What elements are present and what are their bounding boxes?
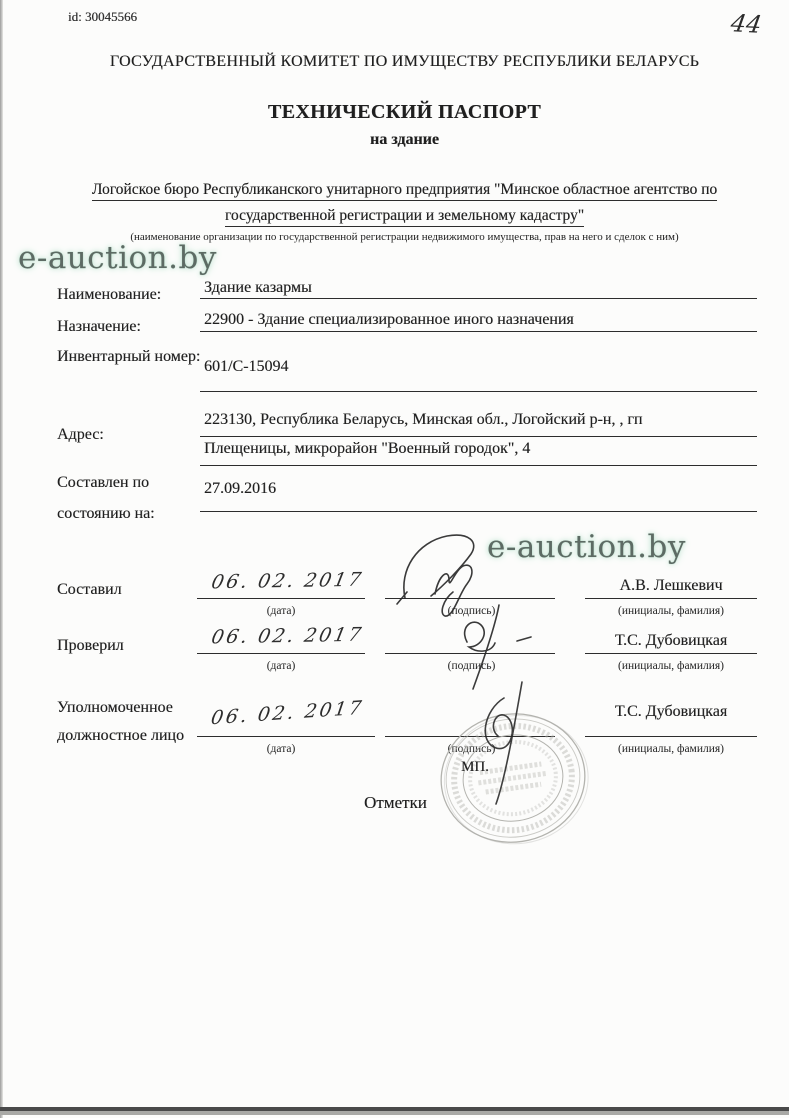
- organization-line-2: государственной регистрации и земельному…: [30, 207, 779, 225]
- date-caption: (дата): [197, 605, 365, 617]
- document-subtitle: на здание: [30, 131, 779, 149]
- handwritten-date-compiler: 06. 02. 2017: [210, 569, 366, 594]
- signature-name-compiler: А.В. Лешкевич: [585, 577, 757, 595]
- watermark-e-auction-top: e-auction.by: [18, 240, 217, 276]
- date-underline: [197, 653, 365, 654]
- name-underline: [585, 598, 757, 599]
- field-value-purpose: 22900 - Здание специализированное иного …: [200, 309, 757, 332]
- name-underline: [585, 653, 757, 654]
- scan-edge-left: [0, 0, 3, 1118]
- marks-title: Отметки: [364, 793, 427, 813]
- field-value-address-line-2: Плещеницы, микрорайон "Военный городок",…: [200, 438, 757, 466]
- field-label-name: Наименование:: [57, 279, 202, 310]
- date-underline: [197, 598, 365, 599]
- field-label-state-date: Составлен по состоянию на:: [57, 467, 202, 529]
- name-caption: (инициалы, фамилия): [585, 660, 757, 672]
- signature-squiggle-official-icon: [462, 676, 567, 811]
- field-value-state-date: 27.09.2016: [200, 478, 757, 512]
- field-value-name: Здание казармы: [200, 277, 757, 299]
- field-label-inventory: Инвентарный номер:: [57, 341, 202, 372]
- date-underline: [197, 736, 375, 737]
- document-title: ТЕХНИЧЕСКИЙ ПАСПОРТ: [30, 101, 779, 124]
- signature-role-official: Уполномоченное должностное лицо: [57, 694, 207, 750]
- date-caption: (дата): [197, 660, 365, 672]
- page-number-handwritten: 44: [729, 9, 764, 38]
- organization-line-1: Логойское бюро Республиканского унитарно…: [30, 181, 779, 199]
- scan-edge-bottom: [0, 1107, 789, 1111]
- organization-line-1-text: Логойское бюро Республиканского унитарно…: [92, 181, 717, 201]
- name-caption: (инициалы, фамилия): [585, 743, 757, 755]
- field-value-inventory: 601/С-15094: [200, 356, 757, 392]
- stamp-caption: МП.: [461, 759, 489, 776]
- date-caption: (дата): [197, 743, 365, 755]
- committee-name: ГОСУДАРСТВЕННЫЙ КОМИТЕТ ПО ИМУЩЕСТВУ РЕС…: [30, 53, 779, 71]
- name-underline: [585, 736, 757, 737]
- handwritten-date-checker: 06. 02. 2017: [210, 624, 366, 649]
- scanned-document-page: id: 30045566 44 ГОСУДАРСТВЕННЫЙ КОМИТЕТ …: [0, 0, 789, 1118]
- signature-role-compiler: Составил: [57, 576, 207, 604]
- name-caption: (инициалы, фамилия): [585, 605, 757, 617]
- scan-id: id: 30045566: [68, 9, 137, 25]
- signature-name-official: Т.С. Дубовицкая: [585, 703, 757, 721]
- organization-line-2-text: государственной регистрации и земельному…: [225, 207, 584, 227]
- signature-role-checker: Проверил: [57, 632, 207, 660]
- field-value-address-line-1: 223130, Республика Беларусь, Минская обл…: [200, 409, 757, 437]
- field-label-purpose: Назначение:: [57, 311, 202, 342]
- signature-name-checker: Т.С. Дубовицкая: [585, 632, 757, 650]
- field-label-address: Адрес:: [57, 419, 202, 450]
- handwritten-date-official: 06. 02. 2017: [210, 697, 366, 729]
